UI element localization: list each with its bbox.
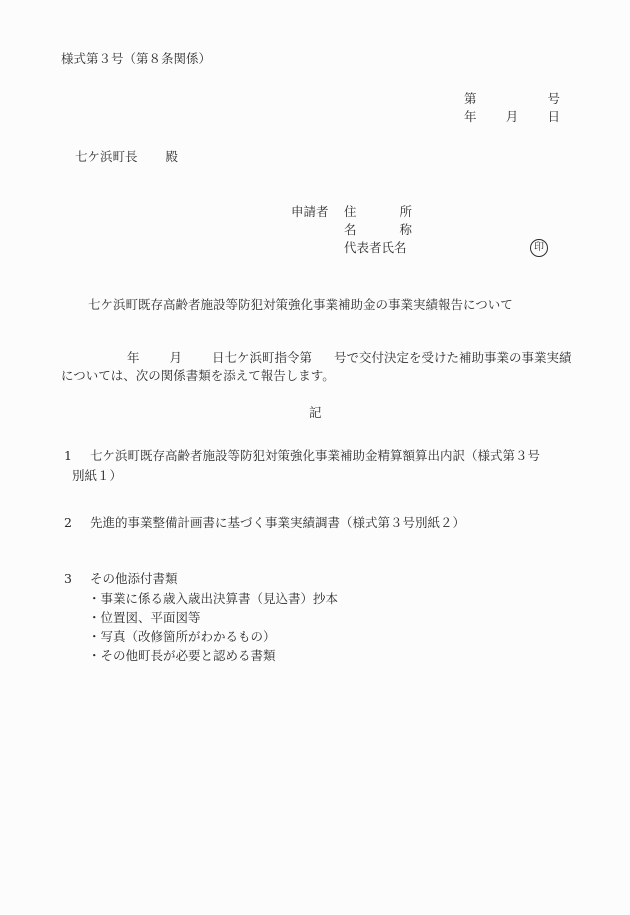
document-title: 七ケ浜町既存高齢者施設等防犯対策強化事業補助金の事業実績報告について <box>88 296 513 314</box>
addressee-honorific: 殿 <box>166 149 179 164</box>
representative-label: 代表者氏名 <box>344 239 407 257</box>
addressee-name: 七ケ浜町長 <box>75 149 138 164</box>
address-label-right: 所 <box>399 203 412 221</box>
date-year: 年 <box>464 108 477 126</box>
date-month: 月 <box>506 108 519 126</box>
list-item-1: 1七ケ浜町既存高齢者施設等防犯対策強化事業補助金精算額算出内訳（様式第３号 別紙… <box>64 446 584 486</box>
address-label-left: 住 <box>344 203 357 221</box>
body-day-issuer: 日七ケ浜町指令第 <box>212 350 312 365</box>
body-paragraph: 年月日七ケ浜町指令第号で交付決定を受けた補助事業の事業実績については、次の関係書… <box>61 349 581 385</box>
item-text: その他添付書類 <box>90 571 178 586</box>
form-label: 様式第３号（第８条関係） <box>61 50 211 68</box>
item-text-continued: 別紙１） <box>64 466 584 486</box>
sublist-item: その他町長が必要と認める書類 <box>88 646 338 665</box>
date-day: 日 <box>547 108 560 126</box>
doc-number-prefix: 第 <box>464 90 477 108</box>
sublist-item: 事業に係る歳入歳出決算書（見込書）抄本 <box>88 589 338 608</box>
name-label-left: 名 <box>344 221 357 239</box>
item-number: 1 <box>64 446 90 466</box>
sublist-item: 位置図、平面図等 <box>88 608 338 627</box>
sublist-item: 写真（改修箇所がわかるもの） <box>88 627 338 646</box>
item-text: 七ケ浜町既存高齢者施設等防犯対策強化事業補助金精算額算出内訳（様式第３号 <box>90 448 540 463</box>
applicant-name-label: 名 称 <box>344 221 412 239</box>
name-label-right: 称 <box>399 221 412 239</box>
body-month: 月 <box>170 350 183 365</box>
seal-icon: 印 <box>530 239 548 257</box>
ki-heading: 記 <box>309 404 322 422</box>
item-text: 先進的事業整備計画書に基づく事業実績調書（様式第３号別紙２） <box>90 515 465 530</box>
document-date: 年 月 日 <box>464 108 560 126</box>
addressee: 七ケ浜町長殿 <box>75 148 178 166</box>
item-number: 3 <box>64 570 90 588</box>
attachment-sublist: 事業に係る歳入歳出決算書（見込書）抄本 位置図、平面図等 写真（改修箇所がわかる… <box>88 589 338 665</box>
list-item-2: 2先進的事業整備計画書に基づく事業実績調書（様式第３号別紙２） <box>64 514 465 532</box>
list-item-3: 3その他添付書類 <box>64 570 178 588</box>
body-year: 年 <box>127 350 140 365</box>
item-number: 2 <box>64 514 90 532</box>
applicant-address-label: 住 所 <box>344 203 412 221</box>
document-number: 第 号 <box>464 90 560 108</box>
applicant-label: 申請者 <box>291 203 329 221</box>
doc-number-suffix: 号 <box>547 90 560 108</box>
